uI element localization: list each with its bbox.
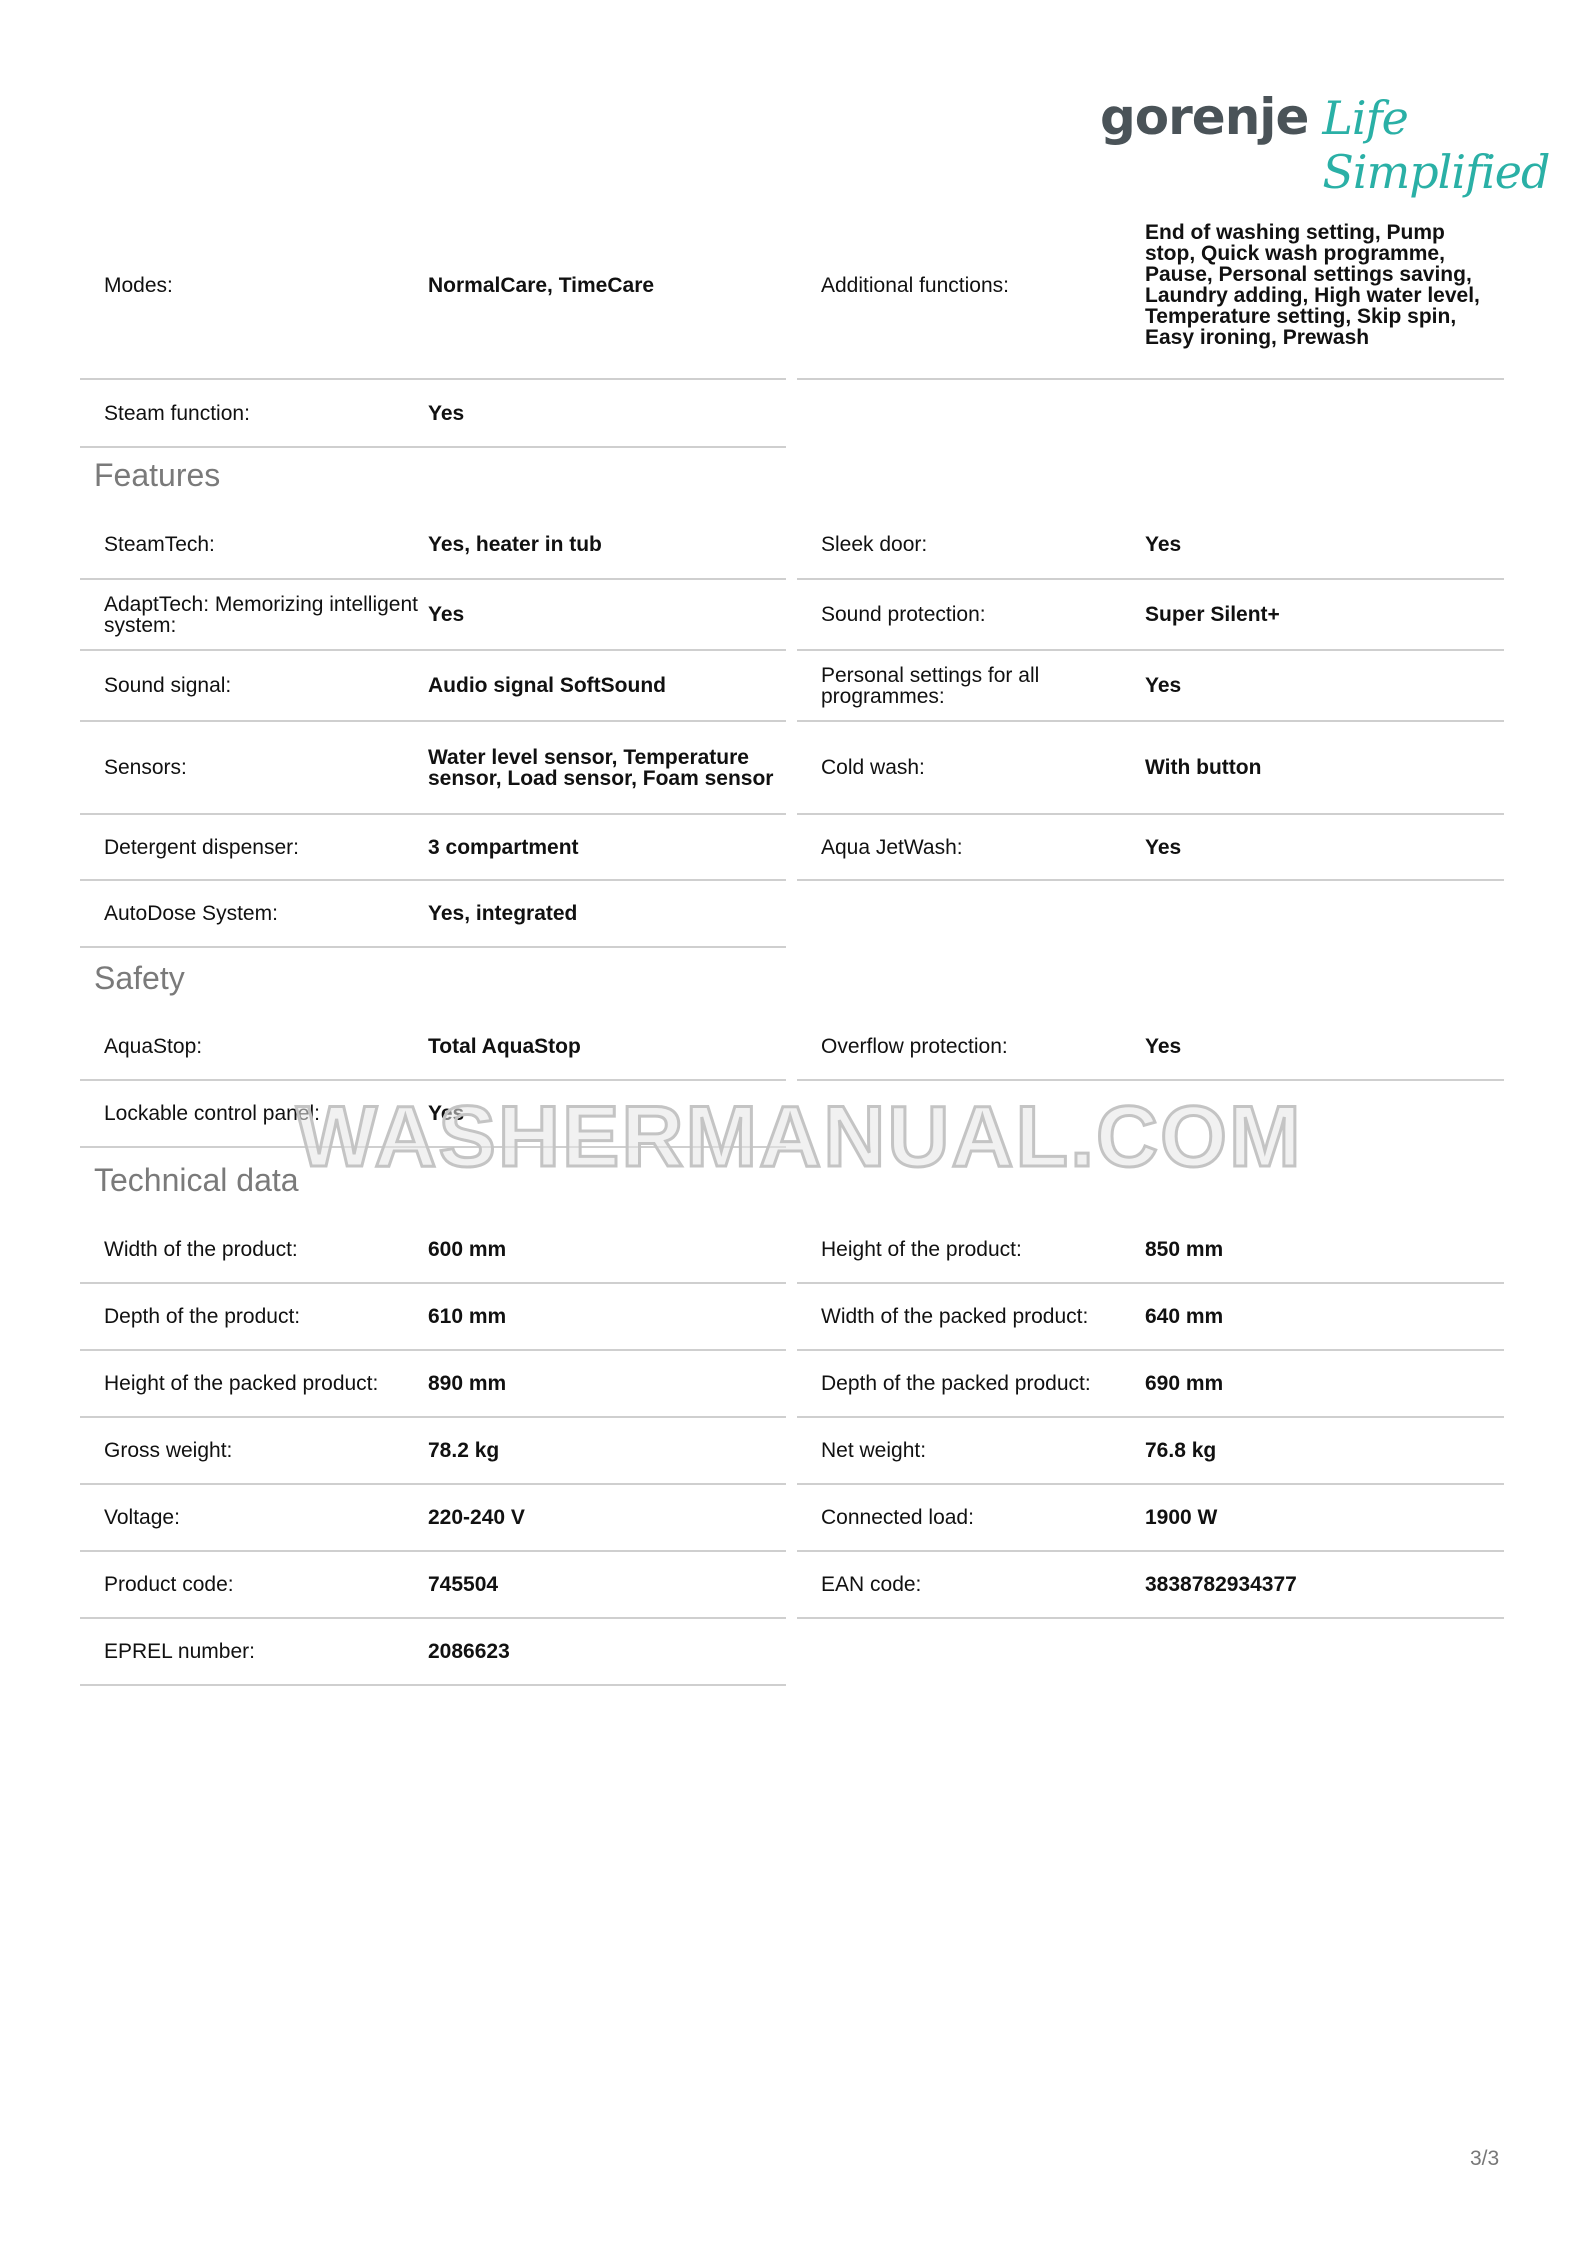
- spec-value: Yes: [428, 403, 786, 424]
- spec-row-additional-functions: Additional functions: End of washing set…: [797, 192, 1504, 380]
- section-title-technical-data: Technical data: [94, 1162, 299, 1199]
- spec-value: 600 mm: [428, 1239, 786, 1260]
- spec-row: EPREL number: 2086623: [80, 1619, 786, 1686]
- safety-left-table: AquaStop: Total AquaStop Lockable contro…: [80, 1014, 786, 1148]
- spec-value: Total AquaStop: [428, 1036, 786, 1057]
- spec-row: Net weight: 76.8 kg: [797, 1418, 1504, 1485]
- spec-label: Aqua JetWash:: [797, 837, 1145, 858]
- spec-label: Sound signal:: [80, 675, 428, 696]
- spec-row: AutoDose System: Yes, integrated: [80, 881, 786, 948]
- spec-label: Lockable control panel:: [80, 1103, 428, 1124]
- spec-row: Sound protection: Super Silent+: [797, 580, 1504, 651]
- spec-label: EAN code:: [797, 1574, 1145, 1595]
- spec-value: 1900 W: [1145, 1507, 1504, 1528]
- spec-label: Modes:: [80, 275, 428, 296]
- spec-value: 3838782934377: [1145, 1574, 1504, 1595]
- spec-row: Depth of the packed product: 690 mm: [797, 1351, 1504, 1418]
- spec-label: Height of the packed product:: [80, 1373, 428, 1394]
- spec-row: Lockable control panel: Yes: [80, 1081, 786, 1148]
- page-number: 3/3: [1470, 2147, 1499, 2171]
- section-title-safety: Safety: [94, 960, 185, 997]
- spec-value: Yes: [1145, 1036, 1504, 1057]
- spec-label: Detergent dispenser:: [80, 837, 428, 858]
- spec-row: Sleek door: Yes: [797, 511, 1504, 580]
- spec-value: Yes: [428, 604, 786, 625]
- features-right-table: Sleek door: Yes Sound protection: Super …: [797, 511, 1504, 881]
- spec-label: Sleek door:: [797, 534, 1145, 555]
- spec-row: Personal settings for all programmes: Ye…: [797, 651, 1504, 722]
- spec-row: EAN code: 3838782934377: [797, 1552, 1504, 1619]
- spec-label: Net weight:: [797, 1440, 1145, 1461]
- spec-value: 610 mm: [428, 1306, 786, 1327]
- spec-row: Width of the packed product: 640 mm: [797, 1284, 1504, 1351]
- spec-row: SteamTech: Yes, heater in tub: [80, 511, 786, 580]
- spec-label: Product code:: [80, 1574, 428, 1595]
- technical-right-table: Height of the product: 850 mm Width of t…: [797, 1216, 1504, 1619]
- spec-value: End of washing setting, Pump stop, Quick…: [1145, 222, 1504, 348]
- spec-row: Height of the packed product: 890 mm: [80, 1351, 786, 1418]
- spec-value: 745504: [428, 1574, 786, 1595]
- spec-value: Yes: [1145, 837, 1504, 858]
- spec-row: Sound signal: Audio signal SoftSound: [80, 651, 786, 722]
- spec-row: AquaStop: Total AquaStop: [80, 1014, 786, 1081]
- spec-label: AquaStop:: [80, 1036, 428, 1057]
- spec-label: Voltage:: [80, 1507, 428, 1528]
- spec-label: Additional functions:: [797, 275, 1145, 296]
- spec-value: Water level sensor, Temperature sensor, …: [428, 747, 786, 789]
- spec-label: EPREL number:: [80, 1641, 428, 1662]
- spec-label: Connected load:: [797, 1507, 1145, 1528]
- spec-row: AdaptTech: Memorizing intelligent system…: [80, 580, 786, 651]
- spec-value: With button: [1145, 757, 1504, 778]
- spec-label: Gross weight:: [80, 1440, 428, 1461]
- spec-value: Yes, heater in tub: [428, 534, 786, 555]
- safety-right-table: Overflow protection: Yes: [797, 1014, 1504, 1081]
- spec-row: Overflow protection: Yes: [797, 1014, 1504, 1081]
- spec-value: 76.8 kg: [1145, 1440, 1504, 1461]
- spec-label: Width of the packed product:: [797, 1306, 1145, 1327]
- top-left-table: Modes: NormalCare, TimeCare Steam functi…: [80, 192, 786, 448]
- spec-value: 3 compartment: [428, 837, 786, 858]
- spec-row: Connected load: 1900 W: [797, 1485, 1504, 1552]
- spec-row: Depth of the product: 610 mm: [80, 1284, 786, 1351]
- gorenje-logo: gorenje Life Simplified: [1100, 88, 1587, 158]
- spec-row-modes: Modes: NormalCare, TimeCare: [80, 192, 786, 380]
- spec-label: Depth of the packed product:: [797, 1373, 1145, 1394]
- spec-row: Sensors: Water level sensor, Temperature…: [80, 722, 786, 815]
- spec-label: Depth of the product:: [80, 1306, 428, 1327]
- spec-row: Height of the product: 850 mm: [797, 1216, 1504, 1284]
- spec-row: Aqua JetWash: Yes: [797, 815, 1504, 881]
- spec-value: Yes: [1145, 675, 1504, 696]
- brand-tagline: Life Simplified: [1322, 91, 1587, 199]
- spec-value: Yes: [1145, 534, 1504, 555]
- top-right-table: Additional functions: End of washing set…: [797, 192, 1504, 380]
- spec-label: Height of the product:: [797, 1239, 1145, 1260]
- brand-name: gorenje: [1100, 88, 1308, 146]
- spec-label: Cold wash:: [797, 757, 1145, 778]
- spec-value: 890 mm: [428, 1373, 786, 1394]
- spec-label: Overflow protection:: [797, 1036, 1145, 1057]
- section-title-features: Features: [94, 457, 220, 494]
- spec-row: Product code: 745504: [80, 1552, 786, 1619]
- spec-row: Width of the product: 600 mm: [80, 1216, 786, 1284]
- spec-label: Sound protection:: [797, 604, 1145, 625]
- spec-label: SteamTech:: [80, 534, 428, 555]
- spec-label: Steam function:: [80, 403, 428, 424]
- features-left-table: SteamTech: Yes, heater in tub AdaptTech:…: [80, 511, 786, 948]
- spec-label: Sensors:: [80, 757, 428, 778]
- spec-label: Personal settings for all programmes:: [797, 665, 1145, 707]
- spec-label: AutoDose System:: [80, 903, 428, 924]
- spec-label: AdaptTech: Memorizing intelligent system…: [80, 594, 428, 636]
- spec-value: 2086623: [428, 1641, 786, 1662]
- technical-left-table: Width of the product: 600 mm Depth of th…: [80, 1216, 786, 1686]
- spec-value: Audio signal SoftSound: [428, 675, 786, 696]
- spec-value: Yes, integrated: [428, 903, 786, 924]
- spec-row: Voltage: 220-240 V: [80, 1485, 786, 1552]
- spec-value: 850 mm: [1145, 1239, 1504, 1260]
- spec-value: 640 mm: [1145, 1306, 1504, 1327]
- spec-value: Super Silent+: [1145, 604, 1504, 625]
- spec-value: Yes: [428, 1103, 786, 1124]
- spec-value: 78.2 kg: [428, 1440, 786, 1461]
- spec-row: Gross weight: 78.2 kg: [80, 1418, 786, 1485]
- spec-value: 690 mm: [1145, 1373, 1504, 1394]
- spec-row-steam-function: Steam function: Yes: [80, 380, 786, 448]
- spec-value: NormalCare, TimeCare: [428, 275, 786, 296]
- spec-label: Width of the product:: [80, 1239, 428, 1260]
- spec-row: Cold wash: With button: [797, 722, 1504, 815]
- spec-row: Detergent dispenser: 3 compartment: [80, 815, 786, 881]
- spec-value: 220-240 V: [428, 1507, 786, 1528]
